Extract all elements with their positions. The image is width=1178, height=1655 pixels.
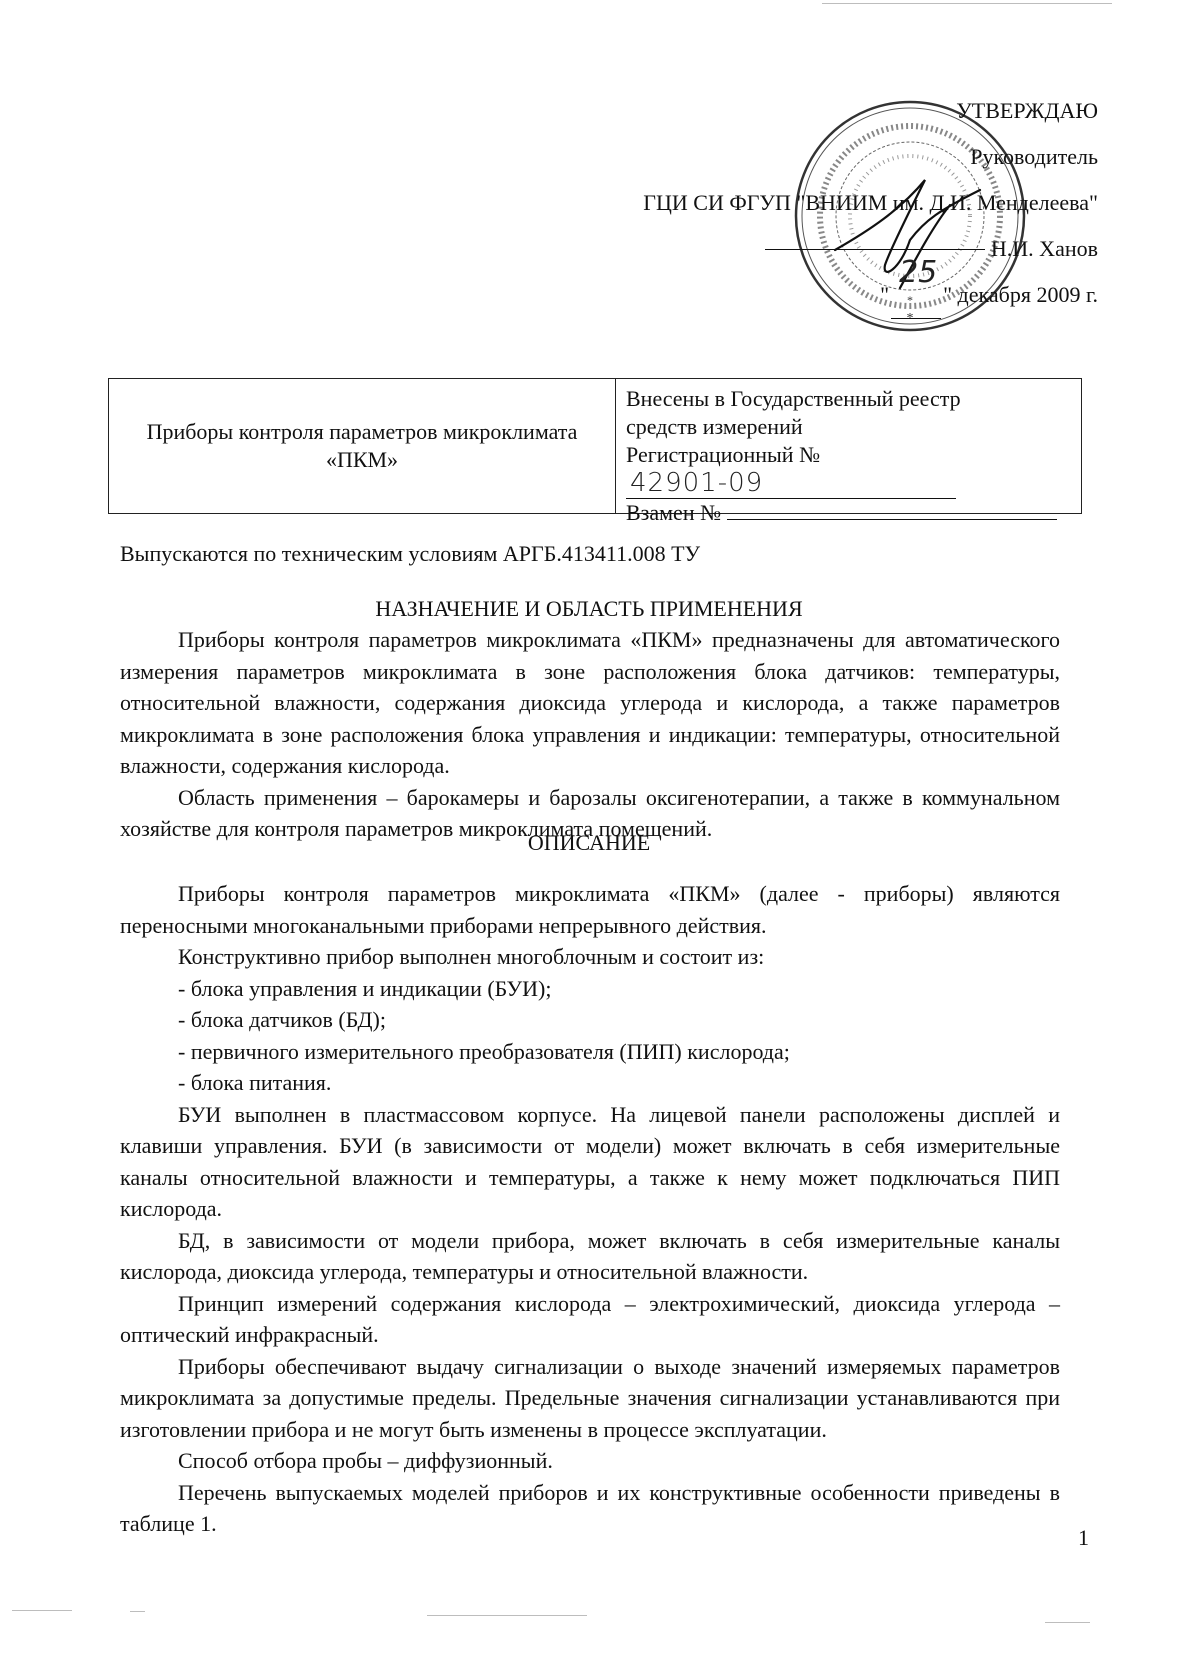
reg-number-value: 42901-09 xyxy=(626,468,763,498)
approval-signatory: Н.И. Ханов xyxy=(991,236,1098,261)
date-open-quote: " xyxy=(880,282,889,307)
product-name-cell: Приборы контроля параметров микроклимата… xyxy=(109,379,616,513)
section-body-purpose: Приборы контроля параметров микроклимата… xyxy=(120,624,1060,845)
registry-cell: Внесены в Государственный реестр средств… xyxy=(616,379,1081,513)
scan-artifact-bottom-left xyxy=(12,1610,72,1611)
section-title-description: ОПИСАНИЕ xyxy=(0,830,1178,856)
approval-title: УТВЕРЖДАЮ xyxy=(643,88,1098,134)
paragraph: Перечень выпускаемых моделей приборов и … xyxy=(120,1477,1060,1540)
scan-artifact-top xyxy=(822,3,1112,4)
registration-table: Приборы контроля параметров микроклимата… xyxy=(108,378,1082,514)
approval-block: УТВЕРЖДАЮ Руководитель ГЦИ СИ ФГУП "ВНИИ… xyxy=(643,88,1098,319)
reg-number-row: Регистрационный № 42901-09 xyxy=(626,441,1081,499)
specifications-line: Выпускаются по техническим условиям АРГБ… xyxy=(120,541,700,567)
approval-signatory-line: Н.И. Ханов xyxy=(643,226,1098,272)
replaces-row: Взамен № xyxy=(626,499,1081,527)
registry-line1: Внесены в Государственный реестр xyxy=(626,385,1081,413)
approval-organization: ГЦИ СИ ФГУП "ВНИИМ им. Д.И. Менделеева" xyxy=(643,180,1098,226)
paragraph: БД, в зависимости от модели прибора, мож… xyxy=(120,1225,1060,1288)
paragraph: Конструктивно прибор выполнен многоблочн… xyxy=(120,941,1060,973)
section-title-purpose: НАЗНАЧЕНИЕ И ОБЛАСТЬ ПРИМЕНЕНИЯ xyxy=(0,596,1178,622)
approval-date: "25 " декабря 2009 г. xyxy=(643,272,1098,319)
product-name-line1: Приборы контроля параметров микроклимата xyxy=(147,418,578,446)
paragraph: Способ отбора пробы – диффузионный. xyxy=(120,1445,1060,1477)
reg-number-label: Регистрационный № xyxy=(626,442,820,467)
product-name-line2: «ПКМ» xyxy=(147,446,578,474)
reg-number-field: 42901-09 xyxy=(626,469,956,499)
list-item: - блока датчиков (БД); xyxy=(120,1004,1060,1036)
paragraph: Приборы контроля параметров микроклимата… xyxy=(120,878,1060,941)
list-item: - первичного измерительного преобразоват… xyxy=(120,1036,1060,1068)
registry-line2: средств измерений xyxy=(626,413,1081,441)
paragraph: БУИ выполнен в пластмассовом корпусе. На… xyxy=(120,1099,1060,1225)
scan-artifact-bottom-mid xyxy=(130,1611,145,1612)
approval-position: Руководитель xyxy=(643,134,1098,180)
paragraph: Приборы обеспечивают выдачу сигнализации… xyxy=(120,1351,1060,1446)
date-month-year: " декабря 2009 г. xyxy=(943,282,1098,307)
signature-underline xyxy=(765,249,985,250)
list-item: - блока питания. xyxy=(120,1067,1060,1099)
scan-artifact-bottom-right xyxy=(427,1615,587,1616)
replaces-label: Взамен № xyxy=(626,500,721,525)
section-body-description: Приборы контроля параметров микроклимата… xyxy=(120,878,1060,1540)
document-page: * * УТВЕРЖДАЮ Руководитель ГЦИ СИ ФГУП "… xyxy=(0,0,1178,1655)
scan-artifact-bottom-far-right xyxy=(1045,1622,1090,1623)
date-day-field: 25 xyxy=(891,272,941,319)
paragraph: Принцип измерений содержания кислорода –… xyxy=(120,1288,1060,1351)
replaces-field xyxy=(727,499,1057,520)
date-day: 25 xyxy=(899,250,937,296)
page-number: 1 xyxy=(1078,1525,1089,1551)
list-item: - блока управления и индикации (БУИ); xyxy=(120,973,1060,1005)
paragraph: Приборы контроля параметров микроклимата… xyxy=(120,624,1060,782)
